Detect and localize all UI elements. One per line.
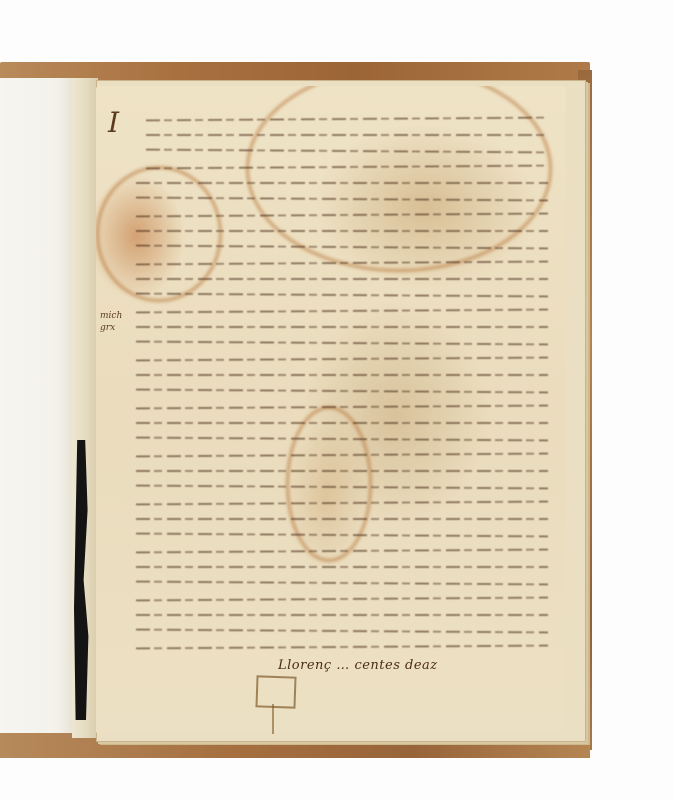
water-stain [96, 166, 222, 302]
notary-mark [255, 675, 296, 708]
margin-note: mich [100, 311, 122, 321]
script-line [136, 326, 548, 328]
script-line [136, 566, 548, 568]
margin-note: grx [100, 323, 115, 333]
script-line [136, 645, 548, 650]
water-stain [286, 406, 372, 562]
script-line [136, 597, 548, 602]
blank-flyleaf [0, 78, 73, 733]
manuscript-page: I mich grx Llorenç … centes deaz [96, 86, 566, 734]
script-line [136, 581, 548, 586]
script-line [136, 293, 548, 298]
script-line [146, 134, 548, 136]
script-line [136, 230, 548, 232]
initial-letter: I [108, 106, 119, 139]
script-line [136, 614, 548, 616]
water-stain [246, 86, 552, 272]
script-line [136, 518, 548, 520]
script-line [136, 182, 548, 184]
script-line [136, 309, 548, 314]
script-line [136, 470, 548, 472]
script-line [136, 422, 548, 424]
script-line [136, 389, 548, 394]
notary-mark-stem [272, 704, 274, 734]
script-line [136, 278, 548, 280]
script-line [136, 341, 548, 346]
script-line [136, 629, 548, 634]
script-line [136, 374, 548, 376]
script-line [136, 357, 548, 362]
signature-line: Llorenç … centes deaz [278, 658, 438, 673]
